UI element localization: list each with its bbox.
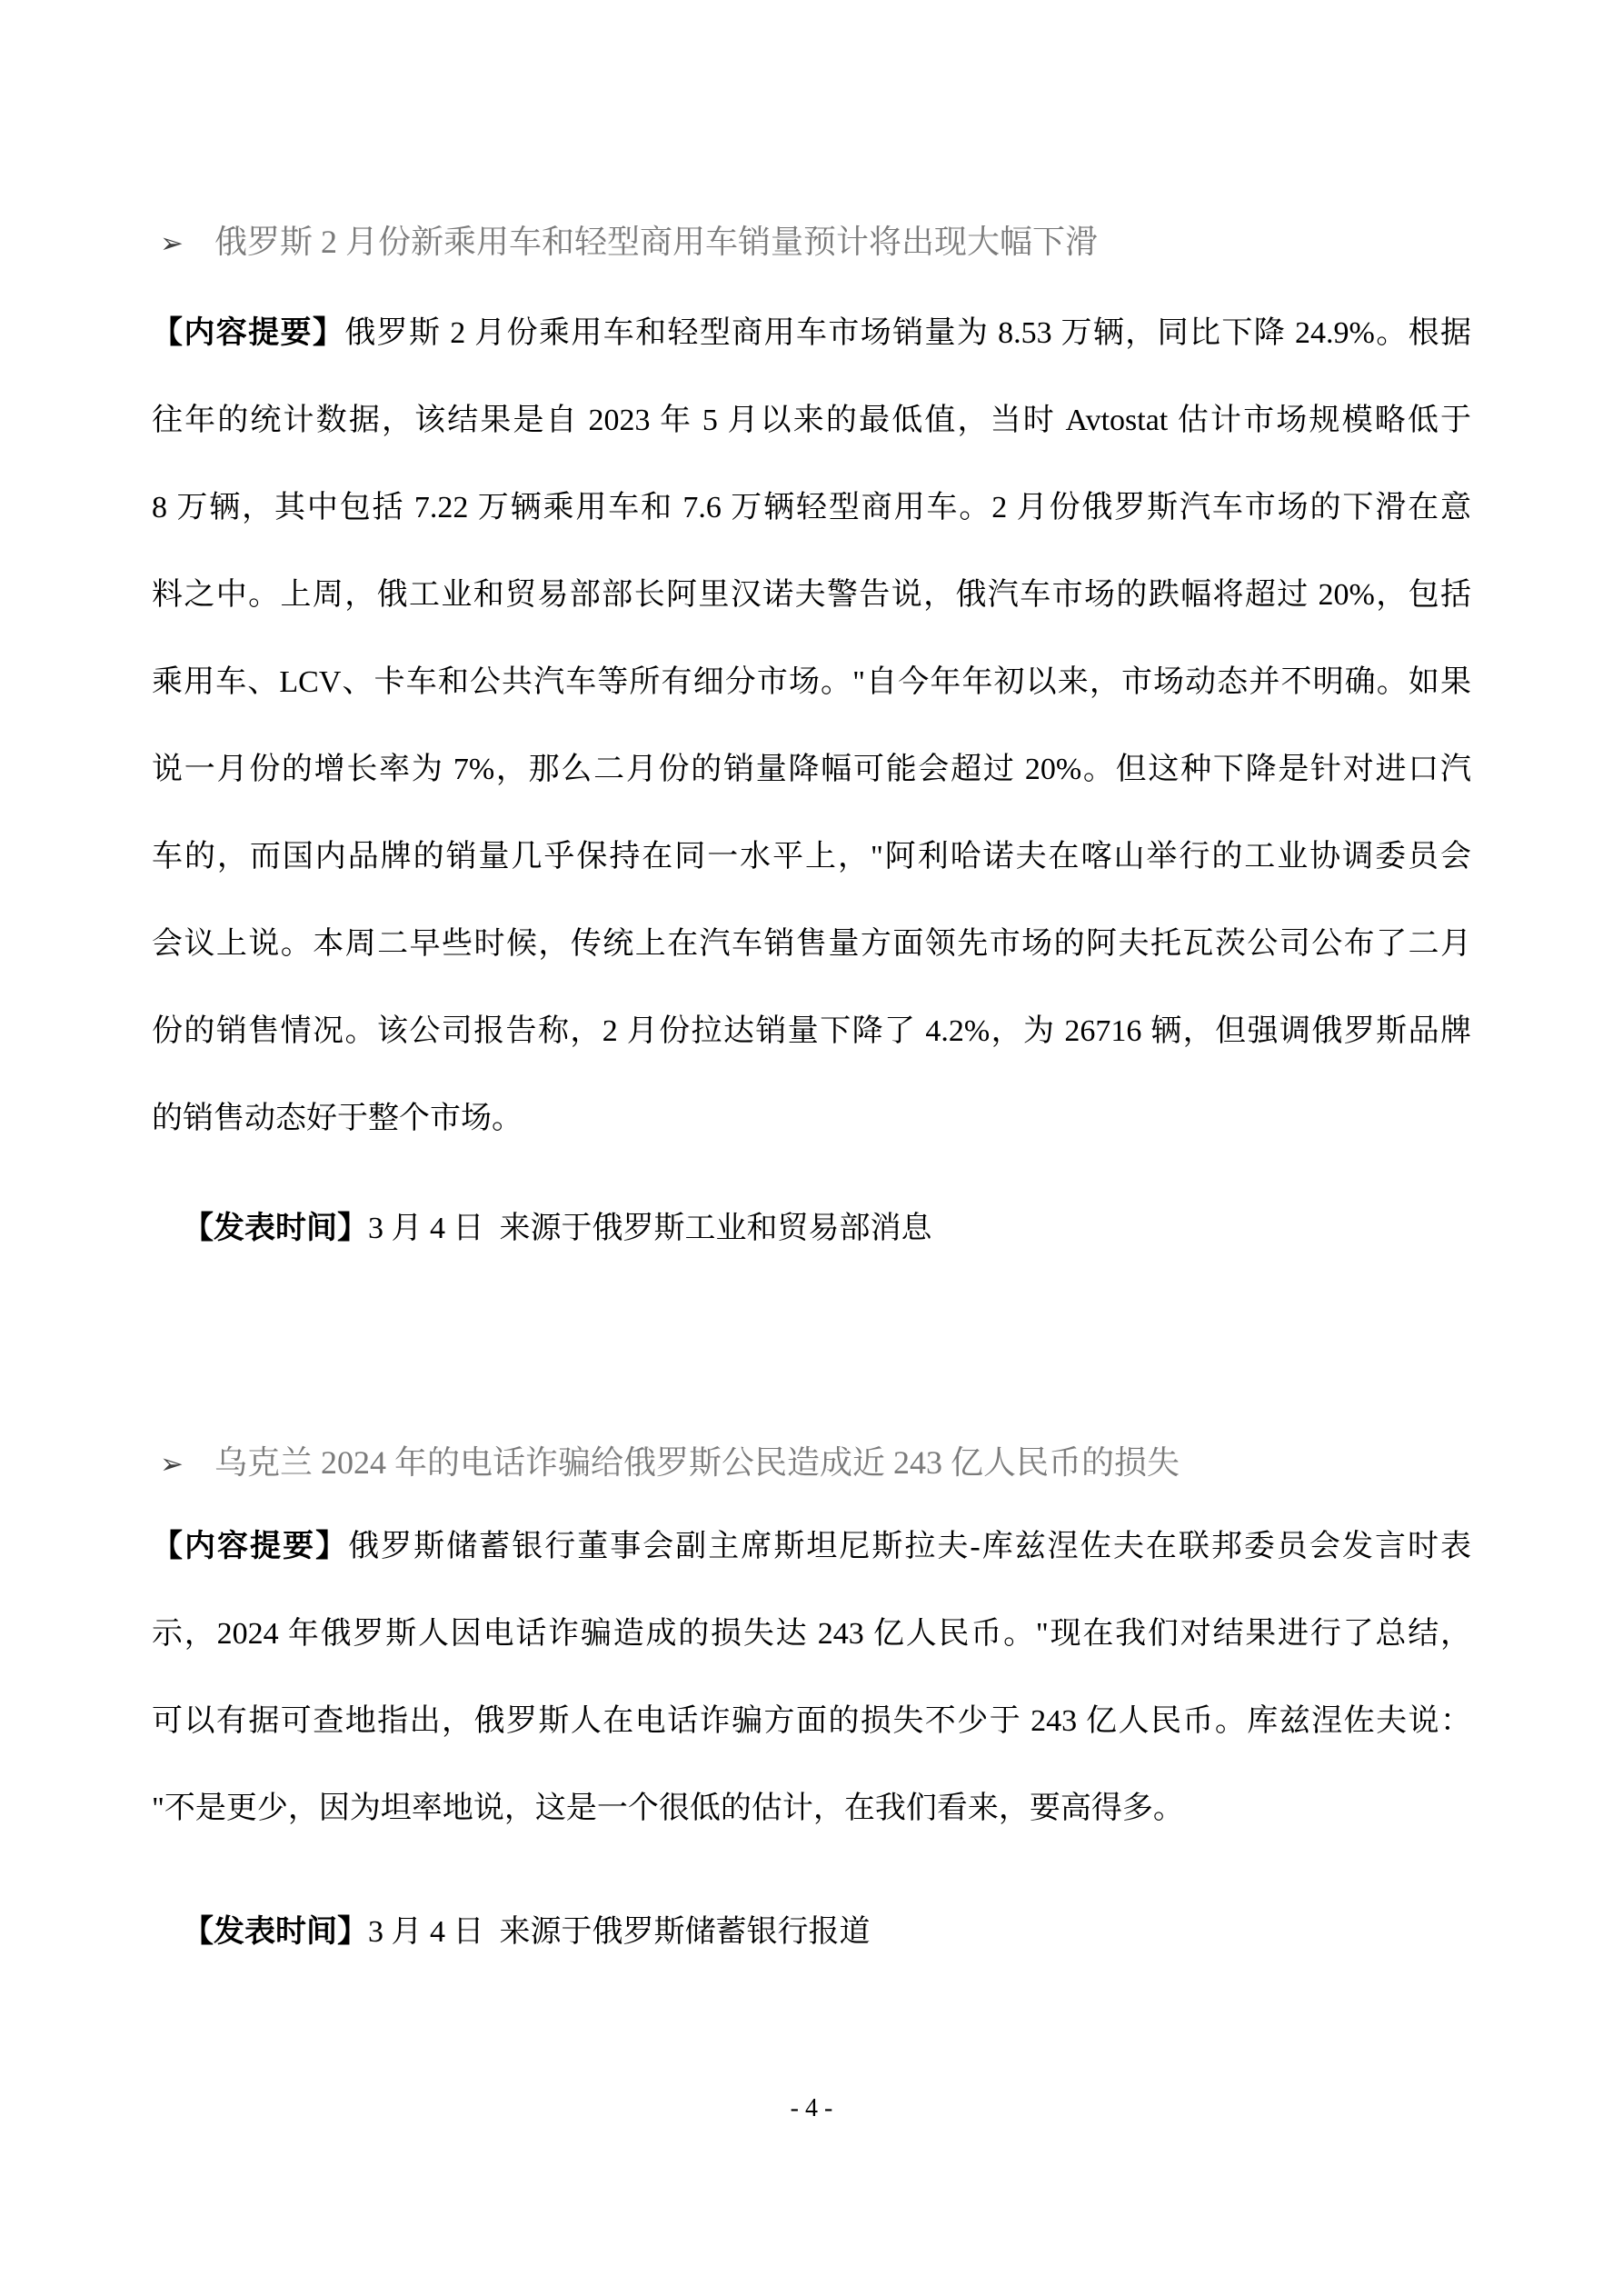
section-2-heading: ➢乌克兰 2024 年的电话诈骗给俄罗斯公民造成近 243 亿人民币的损失 <box>160 1439 1514 1488</box>
document-page: ➢俄罗斯 2 月份新乘用车和轻型商用车销量预计将出现大幅下滑 【内容提要】俄罗斯… <box>0 0 1623 2296</box>
summary-line: 会议上说。本周二早些时候，传统上在汽车销售量方面领先市场的阿夫托瓦茨公司公布了二… <box>152 901 1471 988</box>
publish-text: 3 月 4 日 来源于俄罗斯工业和贸易部消息 <box>368 1212 932 1245</box>
summary-line-text: 俄罗斯储蓄银行董事会副主席斯坦尼斯拉夫-库兹涅佐夫在联邦委员会发言时表 <box>348 1530 1471 1563</box>
summary-line: 往年的统计数据，该结果是自 2023 年 5 月以来的最低值，当时 Avtost… <box>152 377 1471 464</box>
section-1-summary-paragraph: 【内容提要】俄罗斯 2 月份乘用车和轻型商用车市场销量为 8.53 万辆，同比下… <box>152 290 1471 1163</box>
publish-label: 【发表时间】 <box>183 1212 368 1245</box>
section-1-heading-text: 俄罗斯 2 月份新乘用车和轻型商用车销量预计将出现大幅下滑 <box>214 224 1098 260</box>
publish-label: 【发表时间】 <box>183 1915 368 1949</box>
arrow-bullet-icon: ➢ <box>160 227 184 259</box>
summary-line: 说一月份的增长率为 7%，那么二月份的销量降幅可能会超过 20%。但这种下降是针… <box>152 726 1471 814</box>
summary-line: 份的销售情况。该公司报告称，2 月份拉达销量下降了 4.2%，为 26716 辆… <box>152 988 1471 1075</box>
arrow-bullet-icon: ➢ <box>160 1448 184 1480</box>
summary-line: 车的，而国内品牌的销量几乎保持在同一水平上，"阿利哈诺夫在喀山举行的工业协调委员… <box>152 814 1471 901</box>
summary-line: 示，2024 年俄罗斯人因电话诈骗造成的损失达 243 亿人民币。"现在我们对结… <box>152 1591 1471 1678</box>
summary-line: 【内容提要】俄罗斯储蓄银行董事会副主席斯坦尼斯拉夫-库兹涅佐夫在联邦委员会发言时… <box>152 1503 1471 1591</box>
summary-line: 8 万辆，其中包括 7.22 万辆乘用车和 7.6 万辆轻型商用车。2 月份俄罗… <box>152 464 1471 552</box>
summary-line: "不是更少，因为坦率地说，这是一个很低的估计，在我们看来，要高得多。 <box>152 1765 1471 1852</box>
section-2-heading-text: 乌克兰 2024 年的电话诈骗给俄罗斯公民造成近 243 亿人民币的损失 <box>214 1444 1180 1481</box>
publish-text: 3 月 4 日 来源于俄罗斯储蓄银行报道 <box>368 1915 871 1949</box>
summary-label: 【内容提要】 <box>152 316 344 350</box>
section-2-summary-paragraph: 【内容提要】俄罗斯储蓄银行董事会副主席斯坦尼斯拉夫-库兹涅佐夫在联邦委员会发言时… <box>152 1503 1471 1852</box>
summary-line: 料之中。上周，俄工业和贸易部部长阿里汉诺夫警告说，俄汽车市场的跌幅将超过 20%… <box>152 552 1471 639</box>
summary-label: 【内容提要】 <box>152 1530 348 1563</box>
summary-line: 【内容提要】俄罗斯 2 月份乘用车和轻型商用车市场销量为 8.53 万辆，同比下… <box>152 290 1471 377</box>
section-1-heading: ➢俄罗斯 2 月份新乘用车和轻型商用车销量预计将出现大幅下滑 <box>160 218 1514 267</box>
summary-line: 的销售动态好于整个市场。 <box>152 1075 1471 1163</box>
section-1-publish-line: 【发表时间】3 月 4 日 来源于俄罗斯工业和贸易部消息 <box>152 1166 932 1292</box>
summary-line: 可以有据可查地指出，俄罗斯人在电话诈骗方面的损失不少于 243 亿人民币。库兹涅… <box>152 1678 1471 1765</box>
summary-line-text: 俄罗斯 2 月份乘用车和轻型商用车市场销量为 8.53 万辆，同比下降 24.9… <box>344 316 1471 350</box>
page-number: - 4 - <box>0 2094 1623 2123</box>
summary-line: 乘用车、LCV、卡车和公共汽车等所有细分市场。"自今年年初以来，市场动态并不明确… <box>152 639 1471 726</box>
section-2-publish-line: 【发表时间】3 月 4 日 来源于俄罗斯储蓄银行报道 <box>152 1870 871 1995</box>
